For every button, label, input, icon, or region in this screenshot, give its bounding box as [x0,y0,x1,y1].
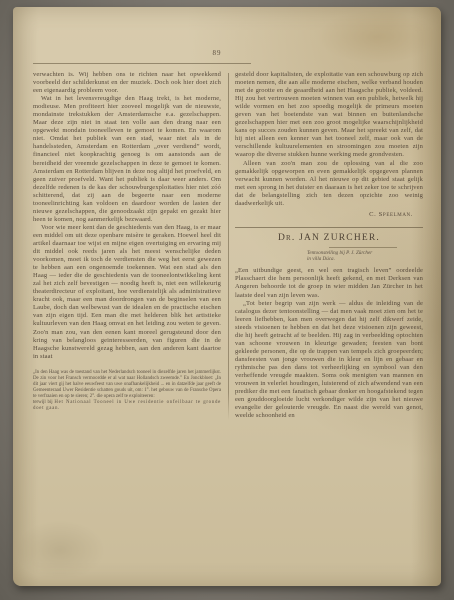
caption-rule [329,247,397,248]
paper-stain-top-right [317,10,437,64]
left-column: verwachten is. Wij hebben ons te richten… [33,71,221,420]
column-divider-rule [228,73,229,420]
two-column-layout: verwachten is. Wij hebben ons te richten… [33,71,425,420]
footnote: „In den Haag was de toestand van het Ned… [33,370,221,412]
article-title-prefix: Dr. [278,233,296,243]
article-divider-rule [235,227,423,228]
footnote-emphasis: Het Nationaal Tooneel in Uwe residentie … [33,400,221,411]
magazine-page: 89 verwachten is. Wij hebben ons te rich… [13,7,441,586]
article-title-name: Jan Zurcher. [299,233,380,243]
paragraph: Voor wie meer kent dan de geschiedenis v… [33,224,221,361]
article-body: „Een uitbundige geest, en wel een tragis… [235,267,423,420]
exhibition-caption: Tentoonstelling bij P. J. Zürcher in vil… [307,250,423,263]
scan-background: { "colors": { "paper": "#d2c5a6", "backg… [0,0,454,600]
page-number: 89 [199,49,235,57]
author-signature: C. Speelman. [235,211,423,218]
footnote-lead: terwijl bij [33,400,53,405]
paragraph: Wat in het levensvreugdige den Haag trek… [33,95,221,224]
paragraph: verwachten is. Wij hebben ons te richten… [33,71,221,95]
footnote-emphasis-line: terwijl bij Het Nationaal Tooneel in Uwe… [33,400,221,412]
paragraph: Alleen van zoo'n man zou de oplossing va… [235,160,423,208]
article-title: Dr. Jan Zurcher. [235,233,423,243]
caption-line: in villa Dúca. [307,256,423,262]
paragraph: gesteld door kapitalisten, de exploitati… [235,71,423,160]
paragraph: „Tot beter begrip van zijn werk — aldus … [235,300,423,421]
header-rule [33,63,251,64]
right-column: gesteld door kapitalisten, de exploitati… [235,71,423,420]
footnote-text: „In den Haag was de toestand van het Ned… [33,370,221,400]
text-block: verwachten is. Wij hebben ons te richten… [33,71,425,586]
paragraph: „Een uitbundige geest, en wel een tragis… [235,267,423,299]
